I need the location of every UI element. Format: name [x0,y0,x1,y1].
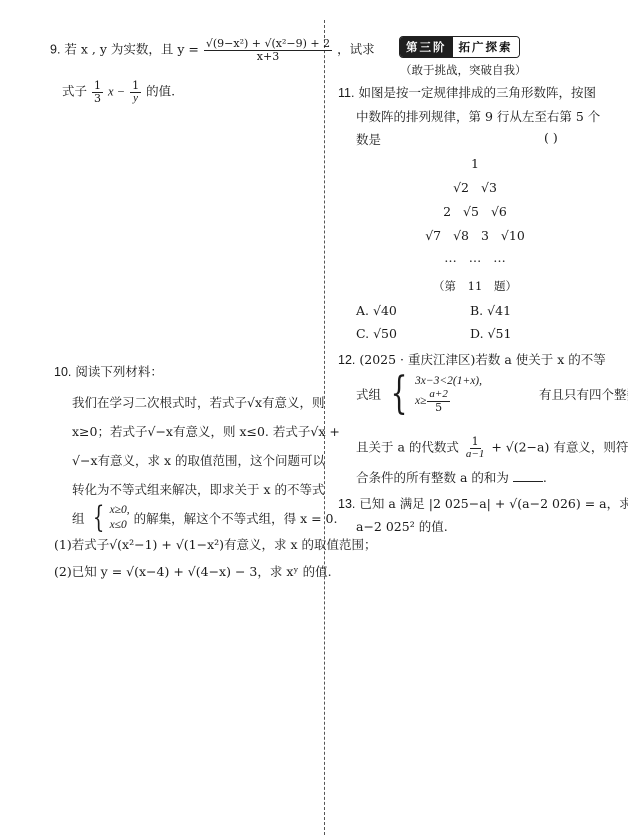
q10-para-line: x≥0；若式子√−x有意义，则 x≤0. 若式子√x + [72,422,340,440]
question-13-line1: 13. 已知 a 满足 |2 025−a| + √(a−2 026) = a，求 [338,494,628,512]
question-11-line1: 11. 如图是按一定规律排成的三角形数阵，按图 [338,83,596,101]
question-10-title: 10. 阅读下列材料： [54,362,163,380]
brace-icon: { [391,372,408,416]
question-number: 9. [50,43,60,57]
answer-blank[interactable] [513,469,543,482]
q12-line3: 且关于 a 的代数式 1a−1 + √(2−a) 有意义，则符 [356,436,628,460]
q10-part-2: (2)已知 y = √(x−4) + √(4−x) − 3，求 xʸ 的值. [54,562,332,580]
question-9-line1: 9. 若 x , y 为实数，且 y = √(9−x²) + √(x²−9) +… [50,38,375,62]
q12-system: 式组 { 3x−3<2(1+x), x≥a+25 有且只有四个整数解， [356,372,628,416]
q11-line: 中数阵的排列规律，第 9 行从左至右第 5 个 [356,107,600,125]
option-a[interactable]: A. √40 [356,303,397,318]
q13-line2: a−2 025² 的值. [356,517,448,535]
badge-title: 拓广探索 [453,37,519,57]
q10-system: 组 { x≥0, x≤0 的解集，解这个不等式组，得 x = 0. [72,503,337,533]
option-d[interactable]: D. √51 [470,326,511,341]
section-subtitle: （敢于挑战，突破自我） [400,62,527,78]
figure-caption: （第 11 题） [400,278,550,294]
triangle-row: … … … [400,250,550,265]
triangle-row: √2 √3 [400,180,550,195]
badge-level: 第三阶 [400,37,453,57]
answer-paren: ( ) [544,130,558,145]
q10-part-1: (1)若式子√(x²−1) + √(1−x²)有意义，求 x 的取值范围； [54,535,377,553]
q10-para-line: 我们在学习二次根式时，若式子√x有意义，则 [72,393,325,411]
q11-line: 数是 [356,130,381,148]
brace-icon: { [92,503,103,533]
q10-para-line: √−x有意义，求 x 的取值范围，这个问题可以 [72,451,325,469]
triangle-row: 1 [400,156,550,171]
question-12-line1: 12. (2025 · 重庆江津区)若数 a 使关于 x 的不等 [338,350,606,368]
q12-line4: 合条件的所有整数 a 的和为 . [356,468,547,486]
option-b[interactable]: B. √41 [470,303,511,318]
triangle-row: 2 √5 √6 [400,204,550,219]
q10-para-line: 转化为不等式组来解决，即求关于 x 的不等式 [72,480,325,498]
section-badge: 第三阶 拓广探索 [399,36,520,58]
option-c[interactable]: C. √50 [356,326,397,341]
q9-fraction: √(9−x²) + √(x²−9) + 2 x+3 [204,38,332,62]
question-9-line2: 式子 13 x − 1y 的值. [62,80,175,104]
triangle-row: √7 √8 3 √10 [400,228,550,243]
q9-text: 若 x , y 为实数，且 y = [64,42,198,57]
